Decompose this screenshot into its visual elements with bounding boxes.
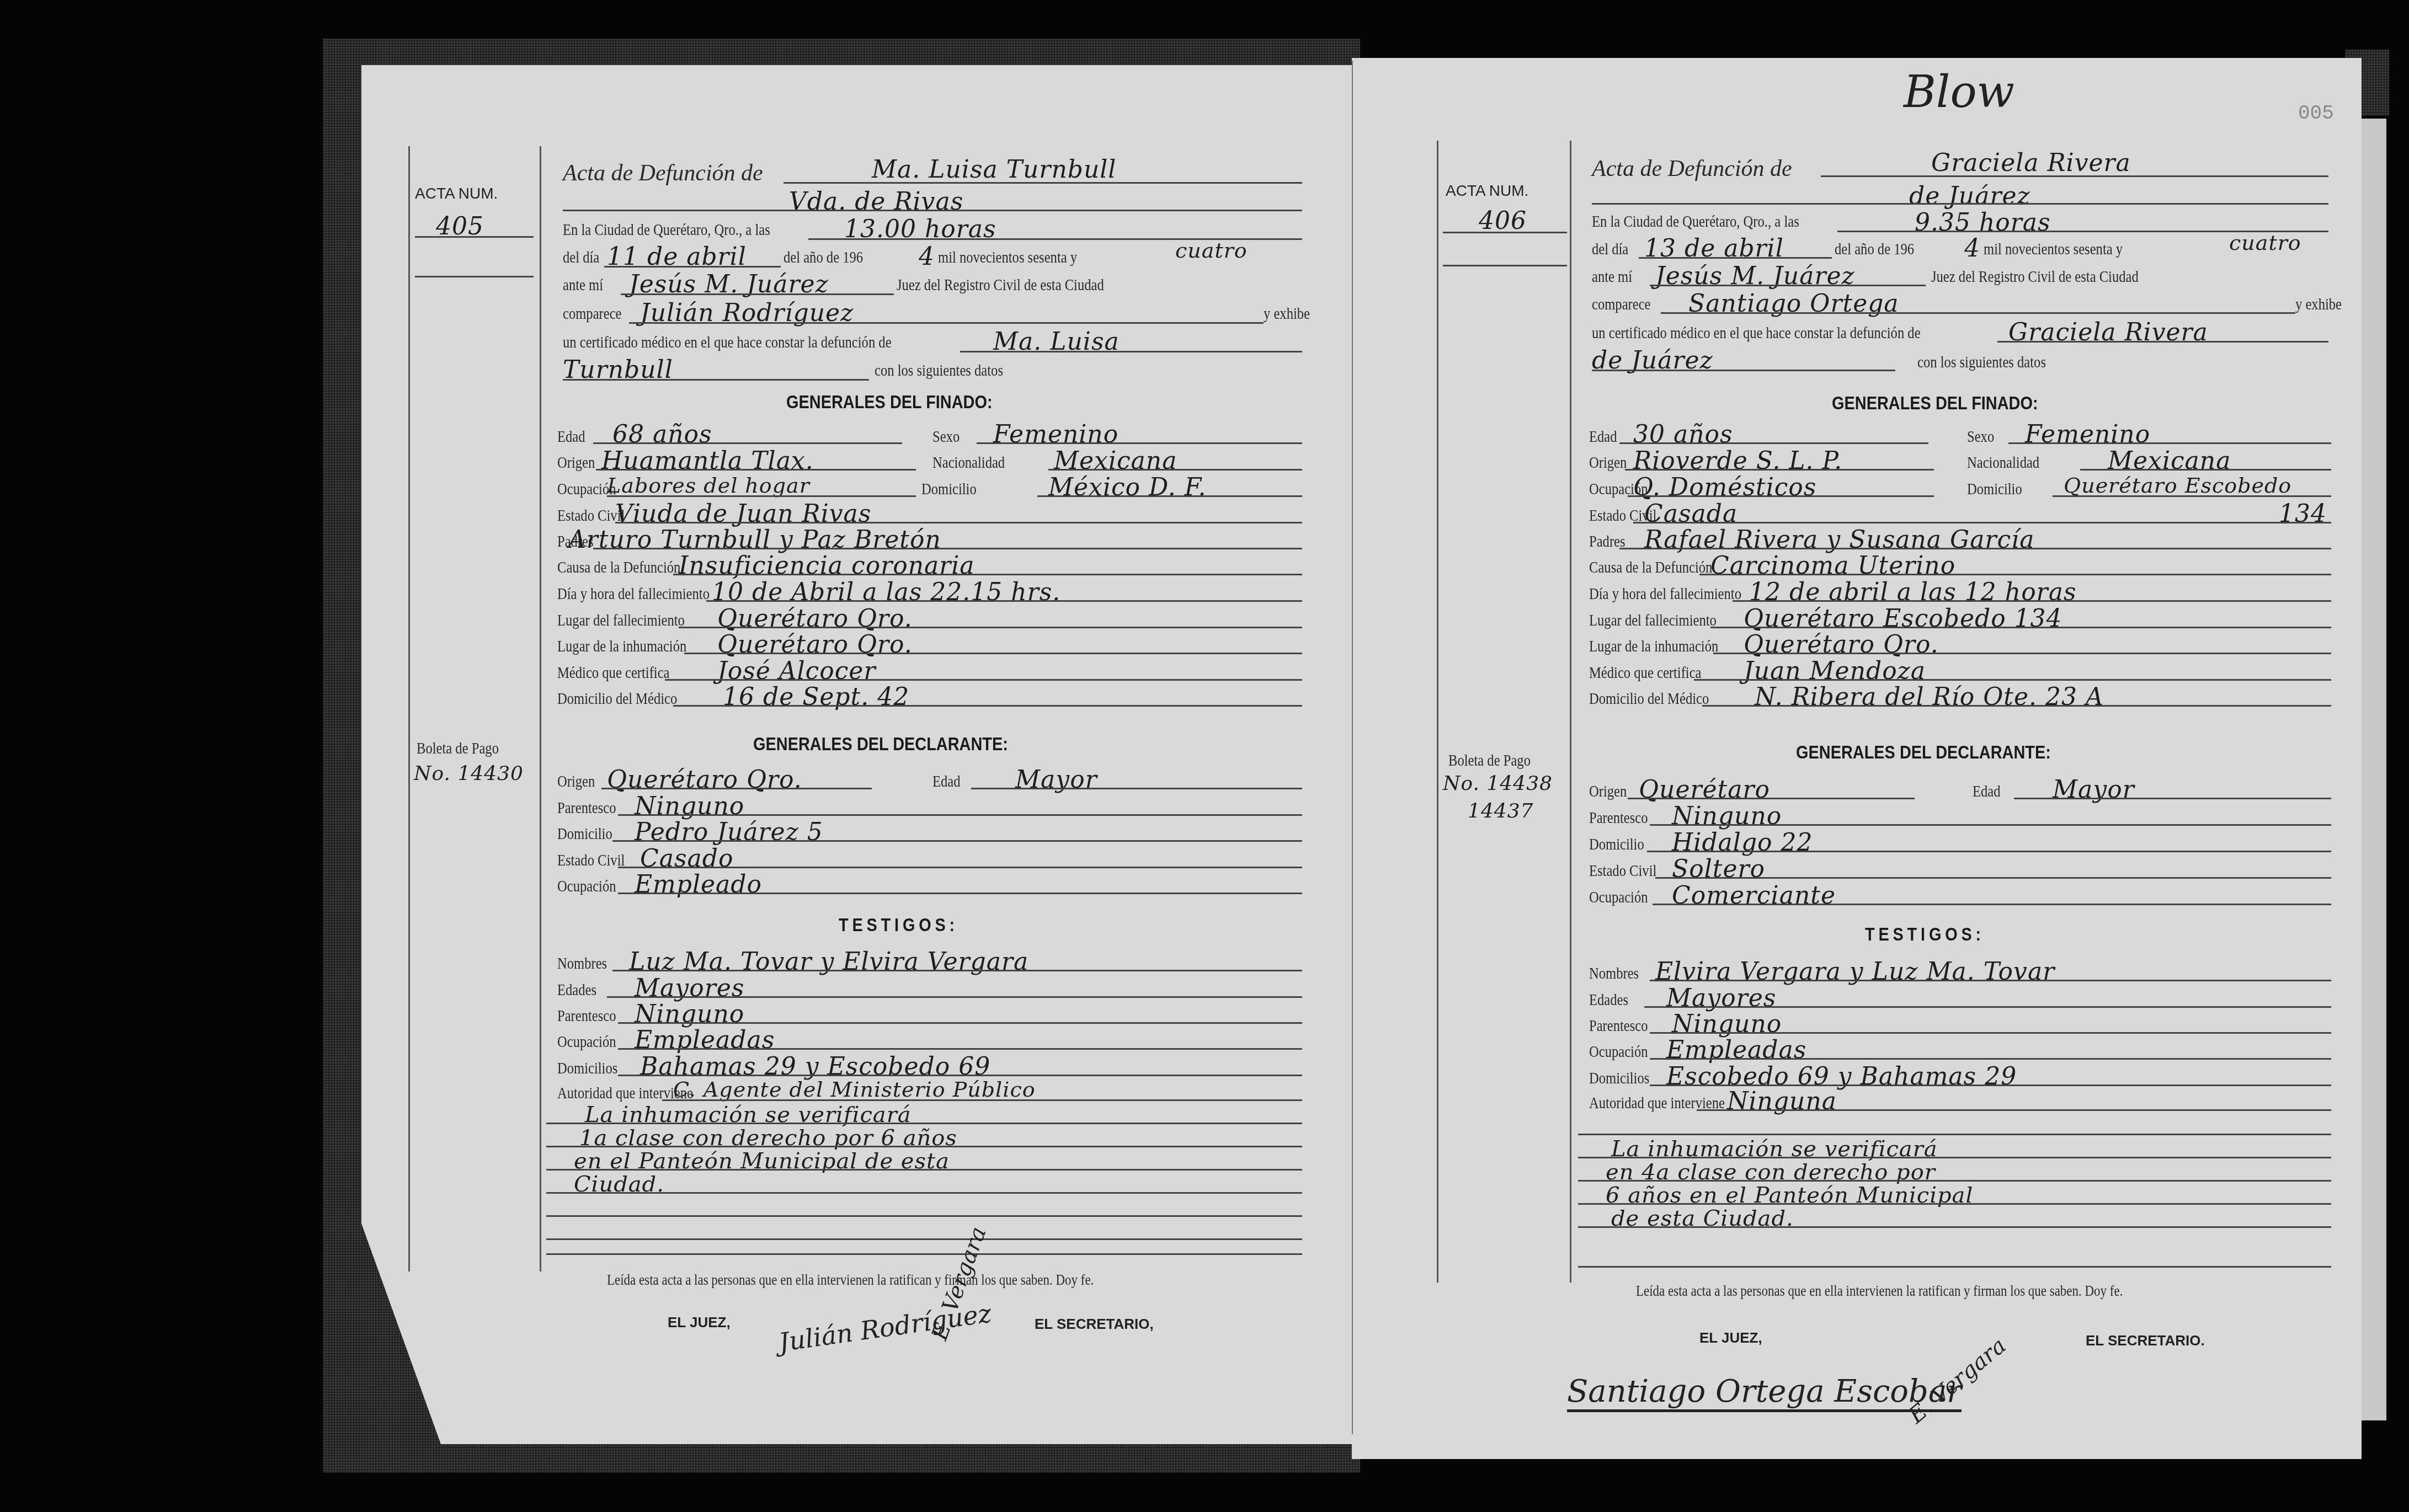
finado-edad: 68 años: [612, 420, 712, 448]
rule: [615, 522, 1302, 523]
secretario-label: EL SECRETARIO.: [2086, 1332, 2205, 1349]
rule: [1821, 175, 2328, 177]
rule: [1578, 1134, 2331, 1135]
declarante-ocupacion: Comerciante: [1672, 881, 1836, 910]
boleta-extra: 14437: [1468, 800, 1534, 822]
rule: [1619, 548, 2331, 549]
label: Nacionalidad: [932, 453, 1005, 472]
margin-line-inner: [540, 146, 541, 1271]
finado-lugar-fallecimiento: Querétaro Qro.: [717, 605, 913, 633]
place-label: En la Ciudad de Querétaro, Qro., a las: [1592, 212, 1799, 231]
finado-heading: GENERALES DEL FINADO:: [1832, 393, 2038, 414]
testigos-heading: TESTIGOS:: [1865, 924, 1985, 945]
declarante-ocupacion: Empleado: [635, 870, 762, 899]
rule: [546, 1192, 1302, 1194]
acta-num-rule-2: [1443, 265, 1567, 266]
rule: [618, 1022, 1302, 1024]
rule: [1694, 679, 2331, 681]
testigos-parentesco: Ninguno: [635, 1000, 744, 1028]
closing-text: Leída esta acta a las personas que en el…: [1636, 1283, 2123, 1300]
rule: [1653, 904, 2331, 905]
label: Causa de la Defunción: [557, 558, 680, 577]
label: Estado Civil: [557, 506, 625, 525]
finado-lugar-inhumacion: Querétaro Qro.: [1744, 631, 1939, 659]
label: Origen: [557, 772, 595, 791]
rule: [1661, 312, 2295, 314]
testigos-domicilios: Escobedo 69 y Bahamas 29: [1666, 1062, 2017, 1091]
finado-ocupacion: Labores del hogar: [607, 473, 810, 498]
rule: [612, 970, 1302, 971]
datos-label: con los siguientes datos: [1917, 353, 2046, 372]
label: Lugar del fallecimiento: [1589, 611, 1717, 630]
rule: [618, 867, 1302, 868]
label: Estado Civil: [557, 851, 625, 870]
day-label: del día: [1592, 240, 1628, 259]
acta-num: 406: [1479, 207, 1527, 235]
rule: [1639, 257, 1832, 259]
label: Médico que certifica: [1589, 664, 1702, 682]
label: Edad: [932, 772, 961, 791]
ante-label: ante mí: [1592, 268, 1632, 286]
label: Parentesco: [557, 1007, 616, 1025]
label: Edad: [1589, 428, 1617, 446]
label: Domicilio del Médico: [557, 690, 677, 708]
rule: [1650, 1058, 2331, 1060]
label: Día y hora del fallecimiento: [557, 585, 710, 603]
rule: [546, 1123, 1302, 1124]
rule: [593, 442, 902, 444]
testigos-ocupacion: Empleadas: [1666, 1036, 1806, 1064]
deceased-name-2: Vda. de Rivas: [789, 188, 963, 216]
finado-sexo: Femenino: [2025, 420, 2150, 448]
label: Médico que certifica: [557, 664, 670, 682]
label: Estado Civil: [1589, 862, 1656, 880]
rule: [1650, 285, 1926, 286]
finado-dia-hora: 12 de abril a las 12 horas: [1749, 578, 2076, 606]
finado-estado-civil-extra: 134: [2279, 500, 2327, 528]
finado-lugar-inhumacion: Querétaro Qro.: [717, 631, 913, 659]
acta-num-label: ACTA NUM.: [415, 185, 498, 202]
margin-line-outer: [1437, 141, 1438, 1283]
finado-heading: GENERALES DEL FINADO:: [786, 392, 993, 413]
acta-num-rule: [1443, 232, 1567, 233]
rule: [2008, 442, 2331, 444]
comparece-label: comparece: [563, 304, 622, 323]
declarante-parentesco: Ninguno: [635, 792, 744, 820]
juez-label: EL JUEZ,: [1699, 1329, 1762, 1347]
declarante-parentesco: Ninguno: [1672, 802, 1782, 830]
exhibe-label: y exhibe: [2295, 295, 2342, 314]
comparece-label: comparece: [1592, 295, 1651, 314]
page-stamp: 005: [2298, 102, 2334, 125]
testigos-autoridad: Ninguna: [1727, 1087, 1837, 1115]
year-label: del año de 196: [784, 248, 863, 267]
label: Origen: [557, 453, 595, 472]
rule: [2053, 495, 2331, 497]
label: Edades: [1589, 991, 1628, 1009]
rule: [629, 322, 1264, 324]
finado-lugar-fallecimiento: Querétaro Escobedo 134: [1744, 605, 2062, 633]
rule: [673, 705, 1302, 707]
finado-origen: Rioverde S. L. P.: [1633, 447, 1842, 475]
year-words: cuatro: [2229, 231, 2301, 255]
rule: [1619, 442, 1928, 444]
rule: [601, 788, 872, 789]
rule: [1713, 653, 2331, 654]
rule: [1578, 1203, 2331, 1205]
declarante-estado-civil: Casado: [640, 845, 733, 873]
year-digit: 4: [919, 243, 935, 271]
finado-padres: Rafael Rivera y Susana García: [1644, 526, 2034, 554]
rule: [1048, 469, 1302, 471]
label: Parentesco: [557, 799, 616, 818]
rule: [1710, 627, 2331, 628]
label: Ocupación: [557, 877, 616, 896]
year-label: del año de 196: [1835, 240, 1914, 259]
finado-ocupacion: Q. Domésticos: [1633, 473, 1816, 501]
rule: [1592, 203, 2328, 205]
rule: [563, 379, 869, 381]
finado-edad: 30 años: [1633, 420, 1733, 448]
rule: [618, 1048, 1302, 1050]
testigos-heading: TESTIGOS:: [839, 915, 958, 936]
label: Domicilio: [1589, 835, 1644, 854]
finado-domicilio-medico: 16 de Sept. 42: [723, 683, 909, 711]
rule: [784, 182, 1302, 184]
acta-num-rule-2: [415, 276, 534, 277]
rule: [1650, 1032, 2331, 1034]
testigos-nombres: Elvira Vergara y Luz Ma. Tovar: [1655, 958, 2055, 986]
declarante-edad: Mayor: [2053, 776, 2135, 804]
rule: [1037, 495, 1302, 497]
acta-num-rule: [415, 236, 534, 238]
rule: [596, 469, 916, 471]
judge-suffix: Juez del Registro Civil de esta Ciudad: [1931, 268, 2139, 286]
testigos-parentesco: Ninguno: [1672, 1010, 1782, 1038]
deceased-name-2: de Juárez: [1909, 182, 2030, 210]
rule: [665, 679, 1302, 681]
boleta-label: Boleta de Pago: [1448, 751, 1531, 770]
declarante-estado-civil: Soltero: [1672, 855, 1765, 883]
finado-nacionalidad: Mexicana: [2108, 447, 2231, 475]
rule: [977, 442, 1302, 444]
rule: [612, 840, 1302, 842]
label: Origen: [1589, 453, 1627, 472]
rule: [607, 996, 1302, 998]
rule: [546, 1146, 1302, 1147]
judge-suffix: Juez del Registro Civil de esta Ciudad: [897, 276, 1104, 295]
declarante-heading: GENERALES DEL DECLARANTE:: [1796, 742, 2051, 763]
finado-causa: Carcinoma Uterino: [1710, 552, 1955, 580]
finado-nacionalidad: Mexicana: [1054, 447, 1177, 475]
label: Parentesco: [1589, 809, 1648, 827]
finado-domicilio: Querétaro Escobedo: [2064, 473, 2291, 498]
testigos-autoridad: C. Agente del Ministerio Público: [673, 1077, 1036, 1102]
record-title: Acta de Defunción de: [563, 160, 763, 186]
testigos-ocupacion: Empleadas: [635, 1026, 775, 1054]
label: Origen: [1589, 782, 1627, 801]
gutter-line: [1352, 61, 1353, 1434]
rule: [1592, 370, 1895, 371]
label: Lugar de la inhumación: [557, 637, 686, 656]
cert-label: un certificado médico en el que hace con…: [563, 333, 892, 352]
acta-num-label: ACTA NUM.: [1446, 182, 1528, 200]
rule: [618, 1075, 1302, 1076]
juez-label: EL JUEZ,: [668, 1314, 731, 1331]
label: Nacionalidad: [1967, 453, 2039, 472]
rule: [1628, 798, 1915, 799]
rule: [1633, 522, 2331, 523]
label: Domicilio: [557, 825, 612, 843]
margin-line-inner: [1570, 141, 1571, 1283]
rule: [546, 1169, 1302, 1171]
rule: [1997, 341, 2328, 343]
rule: [662, 1099, 1302, 1101]
label: Domicilio: [921, 480, 977, 499]
declarante-heading: GENERALES DEL DECLARANTE:: [753, 734, 1008, 755]
right-page-edge: [2362, 119, 2386, 1420]
day-label: del día: [563, 248, 599, 267]
rule: [960, 351, 1302, 352]
rule: [618, 814, 1302, 816]
year-words-label: mil novecientos sesenta y: [938, 248, 1077, 267]
rule: [971, 788, 1302, 789]
rule: [1702, 705, 2331, 707]
rule: [604, 266, 781, 268]
ante-label: ante mí: [563, 276, 603, 295]
cert-label: un certificado médico en el que hace con…: [1592, 324, 1921, 343]
finado-estado-civil: Viuda de Juan Rivas: [615, 500, 871, 528]
rule: [1578, 1266, 2331, 1268]
exhibe-label: y exhibe: [1264, 304, 1310, 323]
label: Domicilios: [1589, 1069, 1649, 1088]
rule: [1578, 1157, 2331, 1158]
label: Lugar del fallecimiento: [557, 611, 685, 630]
label: Domicilio: [1967, 480, 2022, 499]
rule: [618, 893, 1302, 894]
year-words: cuatro: [1175, 238, 1248, 263]
finado-domicilio: México D. F.: [1048, 473, 1206, 501]
rule: [1733, 600, 2331, 602]
place-label: En la Ciudad de Querétaro, Qro., a las: [563, 221, 770, 239]
testigos-edades: Mayores: [635, 974, 744, 1002]
label: Edad: [1973, 782, 2001, 801]
boleta-no: No. 14430: [414, 762, 524, 785]
testigos-domicilios: Bahamas 29 y Escobedo 69: [640, 1052, 990, 1081]
finado-causa: Insuficiencia coronaria: [679, 552, 975, 580]
testigos-edades: Mayores: [1666, 984, 1776, 1012]
rule: [607, 495, 916, 497]
boleta-label: Boleta de Pago: [417, 739, 499, 758]
year-digit: 4: [1964, 234, 1980, 263]
finado-sexo: Femenino: [993, 420, 1118, 448]
label: Sexo: [932, 428, 960, 446]
label: Lugar de la inhumación: [1589, 637, 1718, 656]
rule: [1578, 1180, 2331, 1182]
rule: [1644, 1006, 2331, 1008]
label: Ocupación: [557, 1033, 616, 1051]
rule: [1578, 1226, 2331, 1228]
rule: [1650, 1084, 2331, 1086]
label: Nombres: [557, 954, 607, 973]
rule: [563, 210, 1302, 211]
label: Sexo: [1967, 428, 1994, 446]
hour: 9.35 horas: [1915, 209, 2051, 237]
label: Domicilios: [557, 1059, 617, 1078]
finado-domicilio-medico: N. Ribera del Río Ote. 23 A: [1755, 683, 2104, 711]
boleta-no: No. 14438: [1443, 772, 1553, 795]
rule: [1655, 877, 2331, 879]
declarante-origen: Querétaro: [1639, 776, 1770, 804]
rule: [679, 627, 1302, 628]
label: Ocupación: [1589, 888, 1648, 907]
rule: [1699, 574, 2331, 575]
rule: [593, 548, 1302, 549]
label: Parentesco: [1589, 1017, 1648, 1035]
deceased-name-1: Graciela Rivera: [1931, 149, 2131, 177]
label: Domicilio del Médico: [1589, 690, 1709, 708]
rule: [546, 1238, 1302, 1240]
rule: [706, 600, 1302, 602]
record-title: Acta de Defunción de: [1592, 156, 1792, 182]
closing-text: Leída esta acta a las personas que en el…: [607, 1271, 1094, 1289]
deceased-name-1: Ma. Luisa Turnbull: [872, 156, 1116, 184]
finado-origen: Huamantla Tlax.: [601, 447, 814, 475]
top-signature: Blow: [1904, 66, 2014, 117]
rule: [673, 574, 1302, 575]
label: Día y hora del fallecimiento: [1589, 585, 1741, 603]
rule: [2080, 469, 2331, 471]
declarante-domicilio: Pedro Juárez 5: [635, 818, 823, 846]
label: Nombres: [1589, 964, 1639, 983]
rule: [1697, 1109, 2331, 1111]
rule: [684, 653, 1302, 654]
label: Edad: [557, 428, 585, 446]
signature: Santiago Ortega Escobar: [1567, 1374, 1962, 1412]
rule: [1628, 495, 1934, 497]
rule: [1647, 851, 2331, 852]
finado-padres: Arturo Turnbull y Paz Bretón: [568, 526, 941, 554]
margin-line-outer: [408, 146, 410, 1271]
label: Edades: [557, 981, 596, 1000]
rule: [1650, 824, 2331, 826]
testigos-nombres: Luz Ma. Tovar y Elvira Vergara: [629, 948, 1028, 976]
rule: [621, 293, 894, 295]
rule: [546, 1215, 1302, 1217]
finado-medico: Juan Mendoza: [1744, 657, 1926, 685]
datos-label: con los siguientes datos: [875, 361, 1003, 380]
finado-dia-hora: 10 de Abril a las 22.15 hrs.: [712, 578, 1060, 606]
secretario-label: EL SECRETARIO,: [1035, 1316, 1154, 1333]
declarante-edad: Mayor: [1015, 766, 1097, 794]
rule: [1650, 980, 2331, 981]
rule: [1625, 469, 1934, 471]
finado-medico: José Alcocer: [717, 657, 876, 685]
declarante-origen: Querétaro Qro.: [607, 766, 802, 794]
year-words-label: mil novecientos sesenta y: [1984, 240, 2123, 259]
label: Ocupación: [1589, 1043, 1648, 1061]
declarante-domicilio: Hidalgo 22: [1672, 829, 1813, 857]
finado-estado-civil: Casada: [1644, 500, 1738, 528]
label: Causa de la Defunción: [1589, 558, 1712, 577]
rule: [2014, 798, 2331, 799]
rule: [546, 1253, 1302, 1255]
